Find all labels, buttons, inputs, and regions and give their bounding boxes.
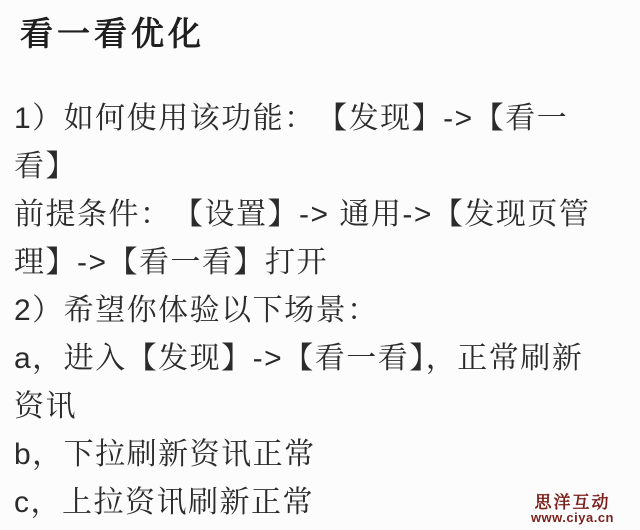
watermark: 思洋互动 www.ciya.cn [531,494,614,525]
text-line: 资讯 [14,383,640,431]
text-line: a，进入【发现】->【看一看】，正常刷新 [14,335,640,383]
text-line: 前提条件： 【设置】-> 通用->【发现页管 [14,191,640,239]
text-line: 2）希望你体验以下场景： [14,287,640,335]
text-line: b，下拉刷新资讯正常 [14,431,640,479]
body-text: 1）如何使用该功能： 【发现】->【看一 看】 前提条件： 【设置】-> 通用-… [14,95,640,527]
watermark-url: www.ciya.cn [531,511,614,525]
text-line: 1）如何使用该功能： 【发现】->【看一 [14,95,640,143]
text-line: 理】->【看一看】打开 [14,239,640,287]
watermark-brand: 思洋互动 [531,494,614,512]
page: 看一看优化 1）如何使用该功能： 【发现】->【看一 看】 前提条件： 【设置】… [0,0,640,530]
text-line: 看】 [14,143,640,191]
page-title: 看一看优化 [20,8,205,55]
